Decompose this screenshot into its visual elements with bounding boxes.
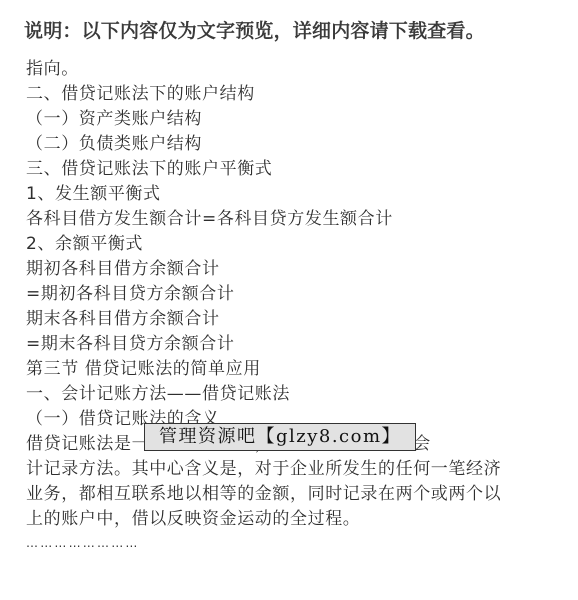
list-item: 2、余额平衡式 [26, 232, 556, 257]
formula-line: =期初各科目贷方余额合计 [26, 282, 556, 307]
paragraph-line: 计记录方法。其中心含义是，对于企业所发生的任何一笔经济 [26, 457, 546, 482]
paragraph-line: 上的账户中，借以反映资金运动的全过程。 [26, 507, 546, 532]
formula-line: 期初各科目借方余额合计 [26, 257, 556, 282]
paragraph-line: 业务，都相互联系地以相等的金额，同时记录在两个或两个以 [26, 482, 546, 507]
subsection-heading: （二）负债类账户结构 [26, 132, 556, 157]
truncation-ellipsis: …………………… [26, 536, 556, 550]
text-line: 指向。 [26, 57, 556, 82]
document-body: 指向。 二、借贷记账法下的账户结构 （一）资产类账户结构 （二）负债类账户结构 … [26, 57, 556, 550]
preview-notice: 说明：以下内容仅为文字预览，详细内容请下载查看。 [24, 17, 485, 45]
formula-line: =期末各科目贷方余额合计 [26, 332, 556, 357]
watermark-banner: 管理资源吧【glzy8.com】 [144, 423, 416, 451]
chapter-section-heading: 第三节 借贷记账法的简单应用 [26, 357, 556, 382]
section-heading: 三、借贷记账法下的账户平衡式 [26, 157, 556, 182]
formula-line: 各科目借方发生额合计=各科目贷方发生额合计 [26, 207, 556, 232]
formula-line: 期末各科目借方余额合计 [26, 307, 556, 332]
section-heading: 一、会计记账方法——借贷记账法 [26, 382, 556, 407]
list-item: 1、发生额平衡式 [26, 182, 556, 207]
subsection-heading: （一）资产类账户结构 [26, 107, 556, 132]
section-heading: 二、借贷记账法下的账户结构 [26, 82, 556, 107]
